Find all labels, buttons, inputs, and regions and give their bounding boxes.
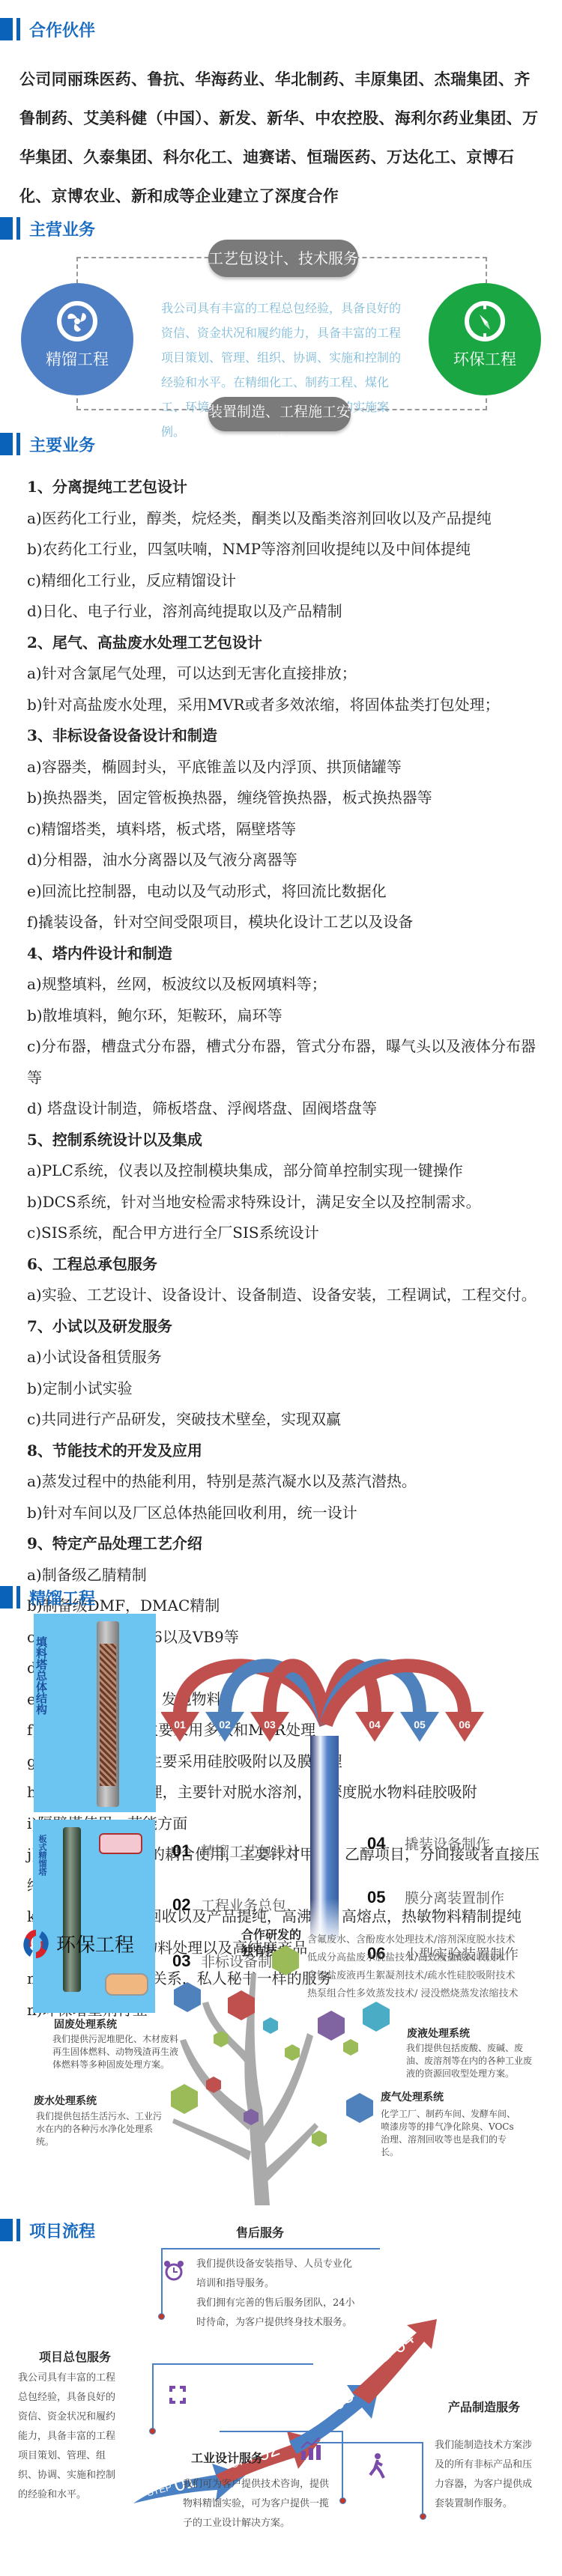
title-bar-decoration	[0, 1586, 13, 1609]
title-bar-decoration	[16, 433, 20, 455]
business-item: a)制备级乙腈精制	[27, 1560, 544, 1591]
manufacturing-desc: 我们能制造技术方案涉及的所有非标产品和压力容器，为客户提供成套装置制作服务。	[435, 2436, 540, 2514]
business-item: b)针对高盐废水处理，采用MVR或者多效浓缩，将固体盐类打包处理；	[27, 690, 544, 721]
system-title-waste-gas: 废气处理系统	[381, 2089, 444, 2104]
condenser-illustration	[99, 1833, 142, 1854]
arrow-number-label: 01	[174, 1719, 186, 1731]
section-title-main-business: 主要业务	[0, 433, 95, 455]
business-group-heading: 7、小试以及研发服务	[27, 1311, 544, 1343]
pill-process-design: 工艺包设计、技术服务	[208, 240, 358, 277]
business-item: a)蒸发过程中的热能利用，特别是蒸汽凝水以及蒸汽潜热。	[27, 1466, 544, 1498]
business-group-heading: 6、工程总承包服务	[27, 1249, 544, 1281]
system-title-waste-water: 废水处理系统	[34, 2093, 97, 2108]
business-group-heading: 3、非标设备设备设计和制造	[27, 720, 544, 752]
business-item: d)分相器，油水分离器以及气液分离器等	[27, 845, 544, 876]
business-item: a)规整填料，丝网，板波纹以及板网填料等；	[27, 969, 544, 1000]
connector-dot	[420, 2513, 426, 2520]
business-group-heading: 9、特定产品处理工艺介绍	[27, 1528, 544, 1560]
business-item: a)针对含氯尾气处理，可以达到无害化直接排放；	[27, 658, 544, 690]
core-business-diagram: 工艺包设计、技术服务 精馏工程 环保工程 我公司具有丰富的工程总包经验，具备良好…	[0, 238, 562, 418]
image-caption: 填料塔总体结构	[35, 1636, 47, 1715]
general-contract-desc: 我公司具有丰富的工程总包经验，具备良好的资信、资金状况和履约能力，具备丰富的工程…	[18, 2369, 123, 2505]
circle-label: 环保工程	[429, 347, 541, 370]
after-sales-desc-1: 我们提供设备安装指导、人员专业化培训和指导服务。	[196, 2255, 361, 2294]
arrow-number-label: 05	[414, 1719, 426, 1731]
circle-distillation: 精馏工程	[21, 283, 133, 395]
circle-label: 精馏工程	[21, 347, 133, 370]
manufacturing-title: 产品制造服务	[448, 2398, 520, 2415]
business-item: b)DCS系统，针对当地安检需求特殊设计，满足安全以及控制需求。	[27, 1187, 544, 1218]
business-item: b)针对车间以及厂区总体热能回收利用，统一设计	[27, 1498, 544, 1529]
project-flow-diagram: 售后服务 我们提供设备安装指导、人员专业化培训和指导服务。 我们拥有完善的售后服…	[0, 2220, 562, 2576]
section-title-core-business: 主营业务	[0, 217, 95, 240]
business-item: c)SIS系统，配合甲方进行全厂SIS系统设计	[27, 1218, 544, 1249]
tech-heading-line: 合作研发的	[241, 1927, 301, 1943]
business-item: d)日化、电子行业，溶剂高纯提取以及产品精制	[27, 596, 544, 628]
distillation-section: 填料塔总体结构 板式精馏塔 010203040506 01精馏工艺包设计02工程…	[0, 1610, 562, 1932]
core-business-title: 主营业务	[29, 217, 95, 240]
umbrella-arrows-graphic: 010203040506	[161, 1653, 491, 1743]
distillation-service-item: 01精馏工艺包设计	[172, 1841, 300, 1861]
system-desc-waste-liquid: 我们提供包括废酸、废碱、废油、废溶剂等在内的各种工业废液的资源回收型处理方案。	[406, 2042, 534, 2080]
business-group-heading: 2、尾气、高盐废水处理工艺包设计	[27, 628, 544, 659]
business-item: a)PLC系统，仪表以及控制模块集成，部分简单控制实现一键操作	[27, 1155, 544, 1187]
alarm-clock-icon	[163, 2259, 184, 2282]
main-business-title: 主要业务	[29, 433, 95, 456]
business-item: d) 塔盘设计制造，筛板塔盘、浮阀塔盘、固阀塔盘等	[27, 1093, 544, 1125]
business-item: a)小试设备租赁服务	[27, 1342, 544, 1373]
business-item: b)农药化工行业，四氢呋喃，NMP等溶剂回收提纯以及中间体提纯	[27, 534, 544, 565]
arrow-number-label: 03	[264, 1719, 276, 1731]
partners-description: 公司同丽珠医药、鲁抗、华海药业、华北制药、丰原集团、杰瑞集团、齐鲁制药、艾美科健…	[19, 60, 544, 216]
item-number: 01	[172, 1841, 201, 1861]
arrow-number-label: 02	[219, 1719, 231, 1731]
business-item: b)换热器类，固定管板换热器，缠绕管换热器，板式换热器等	[27, 783, 544, 814]
system-desc-waste-water: 我们提供包括生活污水、工业污水在内的各种污水净化处理系统。	[36, 2110, 163, 2148]
environmental-title: 环保工程	[56, 1930, 134, 1957]
item-label: 精馏工艺包设计	[201, 1841, 300, 1861]
title-bar-decoration	[0, 18, 13, 40]
fan-icon	[57, 301, 97, 341]
general-contract-title: 项目总包服务	[39, 2348, 111, 2365]
industrial-design-desc: 我们可为客户提供技术咨询，提供物料精馏实验，可为客户提供一揽子的工业设计解决方案…	[183, 2475, 333, 2533]
business-group-heading: 1、分离提纯工艺包设计	[27, 472, 544, 503]
tech-line: 含铝盐废液再生絮凝剂技术/疏水性硅胶吸附技术	[307, 1967, 515, 1981]
running-person-icon	[369, 2452, 388, 2479]
arrow-number-label: 06	[459, 1719, 471, 1731]
section-title-partners: 合作伙伴	[0, 18, 95, 40]
title-bar-decoration	[16, 217, 20, 240]
item-number: 04	[367, 1834, 405, 1853]
item-number: 02	[172, 1895, 201, 1915]
system-desc-waste-gas: 化学工厂、制药车间、发酵车间、喷漆房等的排气净化除臭、VOCs治理、溶剂回收等也…	[381, 2108, 516, 2159]
circle-environmental: 环保工程	[429, 283, 541, 395]
item-number: 05	[367, 1888, 405, 1907]
system-desc-solid-waste: 我们提供污泥堆肥化、木材废料再生固体燃料、动物残渣再生液体燃料等多种固废处理方案…	[52, 2033, 180, 2071]
pill-manufacturing: 装置制造、工程施工安装	[208, 397, 351, 431]
packed-tower-image: 填料塔总体结构	[34, 1614, 156, 1812]
business-item: a)容器类，椭圆封头，平底锥盖以及内浮顶、拱顶储罐等	[27, 752, 544, 783]
business-item: e)回流比控制器，电动以及气动形式，将回流比数据化	[27, 876, 544, 908]
packing-illustration	[100, 1644, 116, 1786]
compass-icon	[465, 301, 505, 341]
business-group-heading: 5、控制系统设计以及集成	[27, 1125, 544, 1156]
connector-dot	[339, 2497, 346, 2504]
arrow-number-label: 04	[369, 1719, 381, 1731]
system-title-waste-liquid: 废液处理系统	[407, 2026, 470, 2041]
after-sales-title: 售后服务	[236, 2223, 284, 2241]
environmental-logo-icon	[22, 1928, 49, 1960]
business-item: c)共同进行产品研发，突破技术壁垒，实现双赢	[27, 1404, 544, 1436]
hexagon-green-icon	[343, 2039, 358, 2056]
title-bar-decoration	[0, 217, 13, 240]
distillation-service-item: 05膜分离装置制作	[367, 1887, 504, 1907]
business-group-heading: 8、节能技术的开发及应用	[27, 1436, 544, 1467]
business-item: a)医药化工行业，醇类，烷烃类，酮类以及酯类溶剂回收以及产品提纯	[27, 503, 544, 535]
environmental-section: 环保工程 合作研发的 独有技术 含氟废水、含酚废水处理技术/溶剂深度脱水技术低成…	[0, 1928, 562, 2205]
business-item: b)定制小试实验	[27, 1373, 544, 1405]
item-label: 膜分离装置制作	[405, 1887, 504, 1907]
distillation-title: 精馏工程	[29, 1586, 95, 1609]
partners-title: 合作伙伴	[29, 18, 95, 41]
business-item: a)实验、工艺设计、设备设计、设备制造、设备安装，工程调试，工程交付。	[27, 1280, 544, 1311]
business-item: f)撬装设备，针对空间受限项目，模块化设计工艺以及设备	[27, 907, 544, 938]
business-item: c)分布器，槽盘式分布器，槽式分布器，管式分布器，曝气头以及液体分布器等	[27, 1031, 544, 1093]
tech-line: 热泵组合性多效蒸发技术/ 浸没燃烧蒸发浓缩技术	[307, 1985, 519, 1999]
step-prefix: STEP	[145, 2481, 173, 2498]
tech-line: 含氟废水、含酚废水处理技术/溶剂深度脱水技术	[307, 1931, 515, 1945]
distillation-service-item: 04撬装设备制作	[367, 1833, 490, 1853]
business-item: c)精馏塔类，填料塔，板式塔，隔壁塔等	[27, 814, 544, 845]
title-bar-decoration	[0, 433, 13, 455]
section-title-distillation: 精馏工程	[0, 1586, 95, 1609]
hexagon-blue-icon	[346, 2093, 373, 2123]
item-label: 工程业务总包	[201, 1895, 286, 1915]
item-label: 撬装设备制作	[405, 1833, 490, 1853]
image-caption: 板式精馏塔	[37, 1835, 46, 1876]
system-title-solid-waste: 固废处理系统	[54, 2017, 117, 2032]
growth-chart-icon	[300, 2437, 322, 2460]
distillation-service-item: 02工程业务总包	[172, 1895, 286, 1915]
business-item: c)精细化工行业，反应精馏设计	[27, 565, 544, 597]
hexagon-cyan-icon	[363, 2002, 390, 2032]
title-bar-decoration	[16, 1586, 20, 1609]
business-item: b)散堆填料，鲍尔环，矩鞍环，扁环等	[27, 1000, 544, 1032]
title-bar-decoration	[16, 18, 20, 40]
industrial-design-title: 工业设计服务	[191, 2449, 263, 2466]
business-group-heading: 4、塔内件设计和制造	[27, 938, 544, 970]
